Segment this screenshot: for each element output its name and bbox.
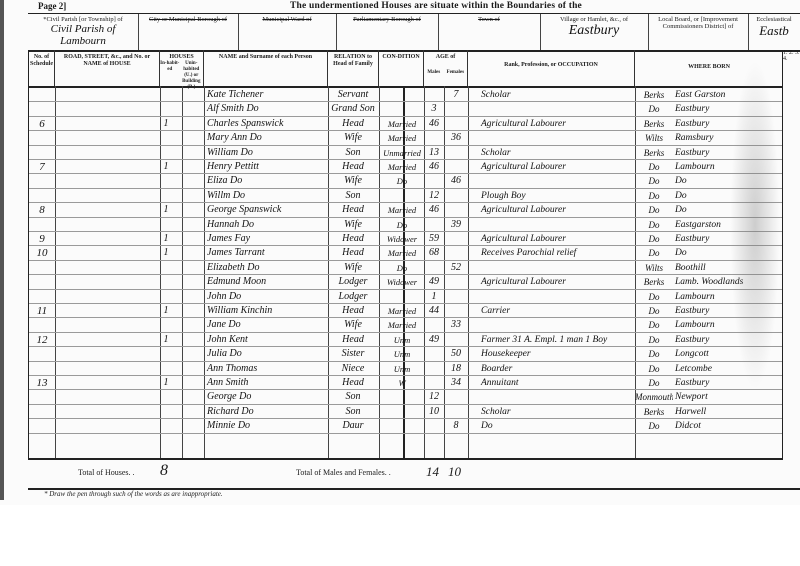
boundary-city: City or Municipal Borough of [138, 14, 239, 50]
totals-row: Total of Houses. . 8 Total of Males and … [28, 458, 800, 490]
relation: Niece [329, 362, 377, 376]
birth-county: Berks [635, 117, 673, 131]
age-female [445, 390, 467, 404]
boundary-town: Town of [438, 14, 541, 50]
age-female [445, 304, 467, 318]
occupation [475, 218, 641, 232]
occupation: Agricultural Labourer [475, 275, 641, 289]
occupation [475, 261, 641, 275]
age-male: 3 [425, 102, 443, 116]
person-name: Charles Spanswick [205, 117, 327, 131]
inhabited-mark [160, 189, 172, 203]
schedule-number: 13 [29, 376, 55, 390]
birth-county: Do [635, 419, 673, 433]
age-male: 10 [425, 405, 443, 419]
relation: Head [329, 246, 377, 260]
boundary-value: Civil Parish of Lambourn [28, 23, 138, 47]
person-name: James Tarrant [205, 246, 327, 260]
relation: Son [329, 146, 377, 160]
scan-edge [0, 0, 4, 500]
table-row: 61Charles SpanswickHeadMarried46Agricult… [29, 117, 783, 131]
table-row: 111William KinchinHeadMarried44CarrierDo… [29, 304, 783, 318]
age-male [425, 131, 443, 145]
condition: Do [381, 261, 423, 275]
age-female: 36 [445, 131, 467, 145]
age-female: 52 [445, 261, 467, 275]
birth-county: Berks [635, 405, 673, 419]
person-name: Mary Ann Do [205, 131, 327, 145]
age-female: 34 [445, 376, 467, 390]
schedule-number [29, 261, 55, 275]
footnote: * Draw the pen through such of the words… [44, 490, 223, 498]
person-name: Minnie Do [205, 419, 327, 433]
condition: W [381, 376, 423, 390]
relation: Wife [329, 131, 377, 145]
person-name: Eliza Do [205, 174, 327, 188]
condition [381, 419, 423, 433]
occupation: Scholar [475, 88, 641, 102]
age-female [445, 117, 467, 131]
age-male: 68 [425, 246, 443, 260]
occupation [475, 318, 641, 332]
occupation: Agricultural Labourer [475, 117, 641, 131]
age-male: 44 [425, 304, 443, 318]
relation: Wife [329, 318, 377, 332]
birth-county: Wilts [635, 261, 673, 275]
col-houses: HOUSES In-habit-ed Unin-habited (U.) or … [160, 50, 204, 86]
person-name: Julia Do [205, 347, 327, 361]
age-male [425, 318, 443, 332]
person-name: Kate Tichener [205, 88, 327, 102]
inhabited-mark: 1 [160, 160, 172, 174]
age-female [445, 405, 467, 419]
table-row: 121John KentHeadUnm49Farmer 31 A. Empl. … [29, 333, 783, 347]
inhabited-mark [160, 419, 172, 433]
condition [381, 102, 423, 116]
condition: Unm [381, 347, 423, 361]
condition: Married [381, 318, 423, 332]
condition: Unm [381, 333, 423, 347]
census-page: Page 2] The undermentioned Houses are si… [0, 0, 800, 566]
condition: Unmarried [381, 146, 423, 160]
boundary-ecclesiastical: Ecclesiastical Eastb [748, 14, 800, 50]
age-male: 1 [425, 290, 443, 304]
person-name: Henry Pettitt [205, 160, 327, 174]
inhabited-mark [160, 390, 172, 404]
total-persons-label: Total of Males and Females. . [296, 468, 391, 477]
age-female [445, 160, 467, 174]
occupation: Agricultural Labourer [475, 232, 641, 246]
occupation: Boarder [475, 362, 641, 376]
relation: Head [329, 203, 377, 217]
person-name: John Kent [205, 333, 327, 347]
birth-county: Do [635, 376, 673, 390]
person-name: William Kinchin [205, 304, 327, 318]
age-female [445, 189, 467, 203]
condition: Married [381, 246, 423, 260]
condition [381, 405, 423, 419]
person-name: James Fay [205, 232, 327, 246]
age-female [445, 203, 467, 217]
age-male [425, 376, 443, 390]
age-male [425, 218, 443, 232]
birth-place: Newport [673, 390, 763, 404]
person-name: Jane Do [205, 318, 327, 332]
table-row: Elizabeth DoWifeDo52WiltsBoothill [29, 261, 783, 275]
table-row: Alf Smith DoGrand Son3DoEastbury [29, 102, 783, 116]
birth-place: Didcot [673, 419, 763, 433]
inhabited-mark [160, 174, 172, 188]
birth-county: Wilts [635, 131, 673, 145]
birth-county: Do [635, 318, 673, 332]
birth-county: Do [635, 246, 673, 260]
schedule-number: 6 [29, 117, 55, 131]
relation: Grand Son [329, 102, 377, 116]
col-relation: RELATION to Head of Family [328, 50, 379, 86]
relation: Wife [329, 174, 377, 188]
inhabited-mark: 1 [160, 117, 172, 131]
schedule-number: 8 [29, 203, 55, 217]
table-row: Willm DoSon12Plough BoyDoDo [29, 189, 783, 203]
age-female: 7 [445, 88, 467, 102]
age-male: 59 [425, 232, 443, 246]
col-infirmity: 1. 2. 3. 4. [782, 50, 800, 458]
person-name: George Spanswick [205, 203, 327, 217]
occupation: Carrier [475, 304, 641, 318]
table-row: 71Henry PettittHeadMarried46Agricultural… [29, 160, 783, 174]
person-name: Edmund Moon [205, 275, 327, 289]
condition: Unm [381, 362, 423, 376]
inhabited-mark: 1 [160, 203, 172, 217]
age-male [425, 419, 443, 433]
total-houses-label: Total of Houses. . [78, 468, 135, 477]
schedule-number: 7 [29, 160, 55, 174]
occupation: Agricultural Labourer [475, 160, 641, 174]
birth-county: Do [635, 203, 673, 217]
birth-county: Do [635, 174, 673, 188]
birth-county: Berks [635, 146, 673, 160]
inhabited-mark [160, 102, 172, 116]
census-table: No. of Schedule ROAD, STREET, &c., and N… [28, 50, 783, 460]
birth-county: Do [635, 290, 673, 304]
inhabited-mark [160, 218, 172, 232]
relation: Head [329, 376, 377, 390]
inhabited-mark [160, 146, 172, 160]
inhabited-mark [160, 290, 172, 304]
table-row: George DoSon12MonmouthNewport [29, 390, 783, 404]
inhabited-mark [160, 275, 172, 289]
inhabited-mark [160, 405, 172, 419]
col-females: Females [444, 69, 467, 76]
occupation [475, 290, 641, 304]
birth-county: Berks [635, 275, 673, 289]
occupation [475, 174, 641, 188]
inhabited-mark: 1 [160, 232, 172, 246]
boundaries-header: *Civil Parish [or Township] of Civil Par… [28, 13, 800, 52]
birth-county: Do [635, 218, 673, 232]
person-name: John Do [205, 290, 327, 304]
occupation: Scholar [475, 146, 641, 160]
relation: Son [329, 405, 377, 419]
age-male [425, 174, 443, 188]
schedule-number [29, 275, 55, 289]
age-female [445, 275, 467, 289]
condition [381, 390, 423, 404]
inhabited-mark [160, 318, 172, 332]
occupation: Farmer 31 A. Empl. 1 man 1 Boy [475, 333, 641, 347]
birth-county: Monmouth [635, 390, 673, 404]
table-row: Ann ThomasNieceUnm18BoarderDoLetcombe [29, 362, 783, 376]
col-males: Males [424, 69, 444, 76]
table-row: Edmund MoonLodgerWidower49Agricultural L… [29, 275, 783, 289]
birth-county: Do [635, 232, 673, 246]
occupation: Agricultural Labourer [475, 203, 641, 217]
total-houses-value: 8 [160, 462, 168, 480]
table-row: Julia DoSisterUnm50HousekeeperDoLongcott [29, 347, 783, 361]
relation: Daur [329, 419, 377, 433]
occupation [475, 390, 641, 404]
person-name: William Do [205, 146, 327, 160]
table-row: Jane DoWifeMarried33DoLambourn [29, 318, 783, 332]
col-road: ROAD, STREET, &c., and No. or NAME of HO… [55, 50, 160, 86]
col-name: NAME and Surname of each Person [204, 50, 328, 86]
age-female [445, 290, 467, 304]
col-schedule: No. of Schedule [29, 50, 55, 86]
boundary-civil-parish: *Civil Parish [or Township] of Civil Par… [28, 14, 139, 50]
age-female: 8 [445, 419, 467, 433]
age-female: 50 [445, 347, 467, 361]
condition: Married [381, 131, 423, 145]
condition [381, 189, 423, 203]
age-male: 49 [425, 333, 443, 347]
age-male: 13 [425, 146, 443, 160]
schedule-number: 10 [29, 246, 55, 260]
schedule-number [29, 347, 55, 361]
boundary-value: Eastbury [540, 23, 648, 39]
birth-place: Harwell [673, 405, 763, 419]
schedule-number: 11 [29, 304, 55, 318]
age-male [425, 362, 443, 376]
schedule-number [29, 146, 55, 160]
age-male: 46 [425, 203, 443, 217]
inhabited-mark: 1 [160, 333, 172, 347]
birth-county: Do [635, 304, 673, 318]
age-male: 49 [425, 275, 443, 289]
occupation: Scholar [475, 405, 641, 419]
person-name: Richard Do [205, 405, 327, 419]
boundary-parliamentary: Parliamentary Borough of [336, 14, 439, 50]
schedule-number [29, 419, 55, 433]
schedule-number [29, 405, 55, 419]
birth-county: Berks [635, 88, 673, 102]
age-male: 12 [425, 189, 443, 203]
age-male: 46 [425, 160, 443, 174]
relation: Son [329, 390, 377, 404]
inhabited-mark [160, 131, 172, 145]
inhabited-mark: 1 [160, 246, 172, 260]
age-male: 46 [425, 117, 443, 131]
relation: Head [329, 304, 377, 318]
inhabited-mark [160, 347, 172, 361]
age-male: 12 [425, 390, 443, 404]
condition: Married [381, 203, 423, 217]
relation: Wife [329, 261, 377, 275]
schedule-number [29, 290, 55, 304]
page-label: Page 2] [38, 1, 66, 11]
age-female: 46 [445, 174, 467, 188]
birth-county: Do [635, 160, 673, 174]
condition: Widower [381, 232, 423, 246]
age-male [425, 347, 443, 361]
schedule-number: 12 [29, 333, 55, 347]
age-female [445, 102, 467, 116]
condition: Married [381, 160, 423, 174]
table-row: 91James FayHeadWidower59Agricultural Lab… [29, 232, 783, 246]
relation: Lodger [329, 275, 377, 289]
schedule-number [29, 174, 55, 188]
relation: Head [329, 160, 377, 174]
person-name: Alf Smith Do [205, 102, 327, 116]
inhabited-mark: 1 [160, 304, 172, 318]
person-name: Willm Do [205, 189, 327, 203]
relation: Servant [329, 88, 377, 102]
table-row: Minnie DoDaur8DoDoDidcot [29, 419, 783, 433]
person-name: Ann Thomas [205, 362, 327, 376]
schedule-number [29, 390, 55, 404]
table-row: Richard DoSon10ScholarBerksHarwell [29, 405, 783, 419]
occupation [475, 131, 641, 145]
table-row: Kate TichenerServant7ScholarBerksEast Ga… [29, 88, 783, 102]
relation: Head [329, 117, 377, 131]
col-condition: CON-DITION [379, 50, 424, 86]
boundary-ward: Municipal Ward of [238, 14, 337, 50]
condition: Widower [381, 275, 423, 289]
condition [381, 290, 423, 304]
water-stain [730, 60, 780, 390]
schedule-number: 9 [29, 232, 55, 246]
relation: Lodger [329, 290, 377, 304]
inhabited-mark [160, 362, 172, 376]
schedule-number [29, 131, 55, 145]
schedule-number [29, 102, 55, 116]
occupation: Plough Boy [475, 189, 641, 203]
table-row: Hannah DoWifeDo39DoEastgarston [29, 218, 783, 232]
age-female [445, 146, 467, 160]
boundary-local-board: Local Board, or [Improvement Commissione… [648, 14, 749, 50]
table-row: Eliza DoWifeDo46DoDo [29, 174, 783, 188]
condition: Do [381, 174, 423, 188]
age-female: 33 [445, 318, 467, 332]
occupation: Annuitant [475, 376, 641, 390]
relation: Head [329, 232, 377, 246]
person-name: Elizabeth Do [205, 261, 327, 275]
occupation: Housekeeper [475, 347, 641, 361]
occupation: Do [475, 419, 641, 433]
table-row: William DoSonUnmarried13ScholarBerksEast… [29, 146, 783, 160]
age-female [445, 232, 467, 246]
relation: Sister [329, 347, 377, 361]
age-female: 18 [445, 362, 467, 376]
condition: Do [381, 218, 423, 232]
schedule-number [29, 218, 55, 232]
age-male [425, 261, 443, 275]
total-females-value: 10 [448, 464, 461, 480]
relation: Wife [329, 218, 377, 232]
age-male [425, 88, 443, 102]
table-row: 131Ann SmithHeadW34AnnuitantDoEastbury [29, 376, 783, 390]
birth-county: Do [635, 347, 673, 361]
age-female [445, 246, 467, 260]
boundary-value: Eastb [748, 23, 800, 39]
schedule-number [29, 189, 55, 203]
condition: Married [381, 117, 423, 131]
col-age: AGE of Males Females [424, 50, 468, 86]
schedule-number [29, 88, 55, 102]
col-occupation: Rank, Profession, or OCCUPATION [468, 50, 635, 86]
occupation: Receives Parochial relief [475, 246, 641, 260]
birth-county: Do [635, 333, 673, 347]
table-row: 101James TarrantHeadMarried68Receives Pa… [29, 246, 783, 260]
age-female: 39 [445, 218, 467, 232]
relation: Son [329, 189, 377, 203]
page-margin [0, 505, 800, 566]
total-males-value: 14 [426, 464, 439, 480]
age-female [445, 333, 467, 347]
birth-county: Do [635, 102, 673, 116]
schedule-number [29, 318, 55, 332]
inhabited-mark [160, 88, 172, 102]
birth-county: Do [635, 362, 673, 376]
inhabited-mark [160, 261, 172, 275]
inhabited-mark: 1 [160, 376, 172, 390]
person-name: George Do [205, 390, 327, 404]
person-name: Hannah Do [205, 218, 327, 232]
page-title: The undermentioned Houses are situate wi… [290, 1, 582, 11]
table-row: 81George SpanswickHeadMarried46Agricultu… [29, 203, 783, 217]
birth-county: Do [635, 189, 673, 203]
condition [381, 88, 423, 102]
condition: Married [381, 304, 423, 318]
relation: Head [329, 333, 377, 347]
table-row: Mary Ann DoWifeMarried36WiltsRamsbury [29, 131, 783, 145]
person-name: Ann Smith [205, 376, 327, 390]
schedule-number [29, 362, 55, 376]
occupation [475, 102, 641, 116]
table-row: John DoLodger1DoLambourn [29, 290, 783, 304]
boundary-village: Village or Hamlet, &c., of Eastbury [540, 14, 649, 50]
